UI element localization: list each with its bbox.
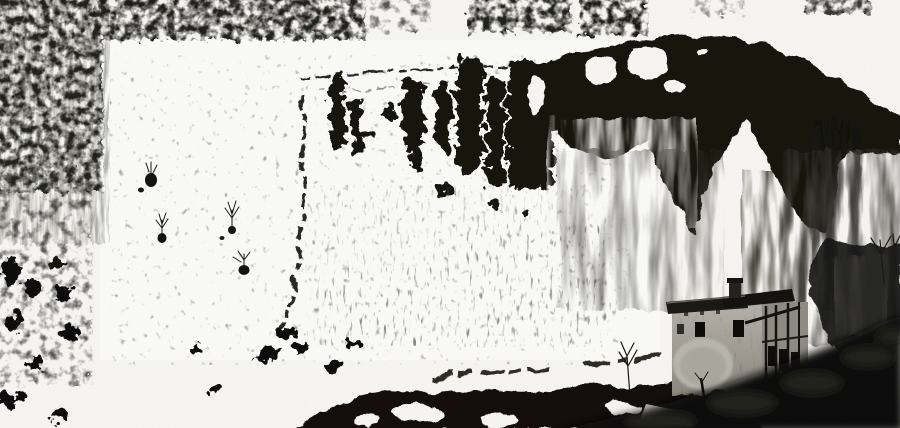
photo-canvas bbox=[0, 0, 900, 428]
photo-svg bbox=[0, 0, 900, 428]
film-grain bbox=[0, 0, 900, 428]
